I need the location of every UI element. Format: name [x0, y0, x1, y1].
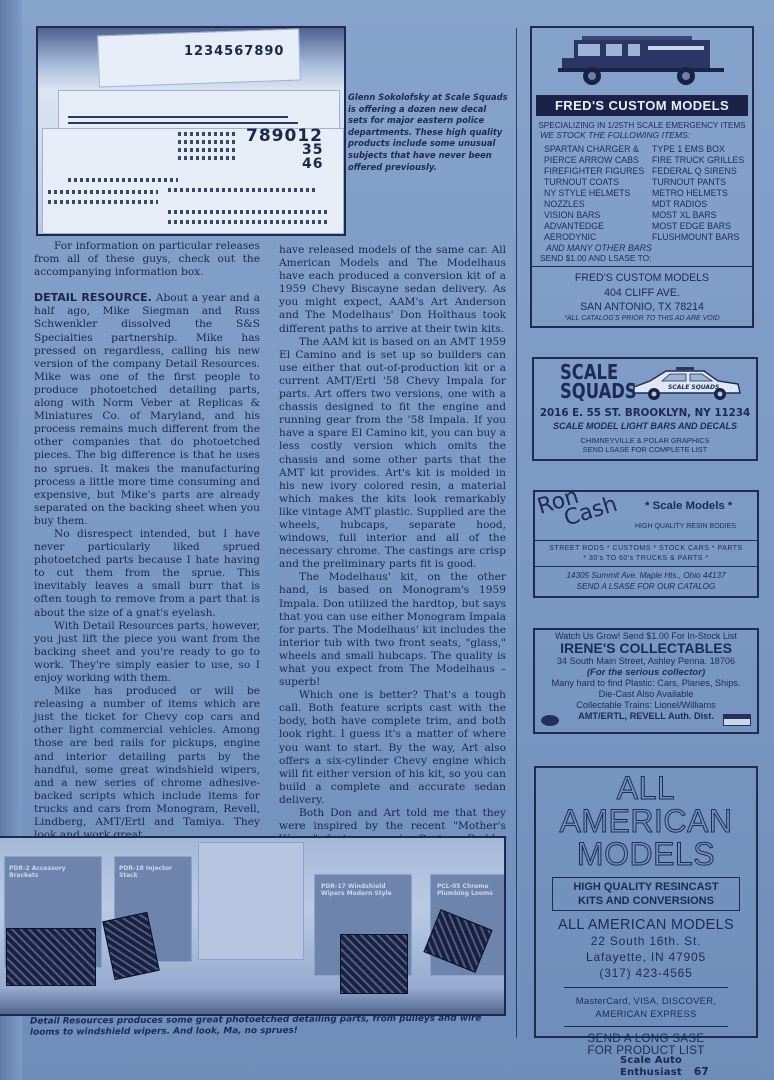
section-heading-detail-resource: DETAIL RESOURCE.: [34, 291, 152, 304]
fred-send-line: SEND $1.00 AND LSASE TO:: [532, 253, 752, 267]
all-american-payment: MasterCard, VISA, DISCOVER, AMERICAN EXP…: [536, 994, 756, 1020]
decal-text-row: [168, 210, 328, 214]
ad-all-american-models: ALL AMERICAN MODELS HIGH QUALITY RESINCA…: [534, 766, 758, 1038]
article-paragraph: No disrespect intended, but I have never…: [34, 528, 260, 620]
ad-ron-cash: Ron Cash * Scale Models * HIGH QUALITY R…: [533, 490, 759, 598]
all-american-address: 22 South 16th. St. Lafayette, IN 47905 (…: [536, 933, 756, 981]
article-paragraph: Which one is better? That's a tough call…: [279, 689, 506, 807]
bottom-photo-caption: Detail Resources produces some great pho…: [30, 1013, 510, 1038]
fire-truck-illustration: [552, 32, 732, 92]
ron-cash-title: * Scale Models *: [645, 500, 732, 512]
fred-specializing: SPECIALIZING IN 1/25TH SCALE EMERGENCY I…: [532, 121, 752, 130]
all-american-boxed-tagline: HIGH QUALITY RESINCAST KITS AND CONVERSI…: [552, 877, 740, 911]
all-american-logo: ALL AMERICAN MODELS: [536, 772, 756, 871]
page-number: 67: [694, 1066, 709, 1078]
mastercard-logo-icon: [541, 715, 559, 726]
fred-stock-line: WE STOCK THE FOLLOWING ITEMS:: [532, 130, 752, 140]
decal-text-row: [168, 220, 328, 224]
ron-cash-products: STREET RODS * CUSTOMS * STOCK CARS * PAR…: [535, 540, 757, 564]
fred-address: FRED'S CUSTOM MODELS 404 CLIFF AVE. SAN …: [532, 271, 752, 315]
article-paragraph: With Detail Resources parts, however, yo…: [34, 620, 260, 685]
decal-digits: 46: [302, 156, 323, 172]
divider: [564, 1026, 728, 1027]
decal-digits: 1234567890: [184, 44, 284, 59]
ad-freds-custom-models: FRED'S CUSTOM MODELS SPECIALIZING IN 1/2…: [530, 26, 754, 328]
all-american-name: ALL AMERICAN MODELS: [536, 917, 756, 933]
parts-package: [198, 842, 304, 960]
ron-cash-address: 14305 Summit Ave. Maple Hts., Ohio 44137…: [535, 566, 757, 592]
all-american-sase: SEND A LONG SASE FOR PRODUCT LIST: [536, 1033, 756, 1057]
police-car-icon: SCALE SQUADS: [630, 365, 742, 403]
article-paragraph: The AAM kit is based on an AMT 1959 El C…: [279, 336, 506, 572]
visa-logo-icon: [723, 714, 751, 726]
scale-squads-tagline: SCALE MODEL LIGHT BARS AND DECALS: [534, 421, 756, 431]
fred-void-note: *ALL CATALOG'S PRIOR TO THIS AD ARE VOID: [532, 315, 752, 322]
top-photo-caption: Glenn Sokolofsky at Scale Squads is offe…: [348, 92, 508, 173]
ron-cash-subtitle: HIGH QUALITY RESIN BODIES: [635, 523, 736, 530]
ad-scale-squads: SCALE SQUADS SCALE SQUADS 2016 E. 55 ST.…: [532, 357, 758, 461]
column-divider: [516, 28, 517, 1038]
decal-sets-photo: 1234567890 789012 35 46: [36, 26, 346, 236]
photoetch-fret: [340, 934, 408, 994]
page-footer: Scale Auto Enthusiast67: [620, 1055, 774, 1078]
decal-text-row: [168, 188, 318, 192]
article-paragraph: have released models of the same car. Al…: [279, 244, 506, 336]
scale-squads-address: 2016 E. 55 ST. BROOKLYN, NY 11234: [534, 407, 756, 419]
svg-text:SCALE SQUADS: SCALE SQUADS: [668, 384, 719, 391]
article-paragraph: Mike has produced or will be releasing a…: [34, 685, 260, 842]
photoetch-fret: [6, 928, 96, 986]
decal-stripe: [68, 122, 298, 124]
divider: [564, 987, 728, 988]
decal-text-row: [48, 190, 158, 194]
decal-text-row: [178, 140, 238, 144]
article-paragraph: DETAIL RESOURCE. About a year and a half…: [34, 291, 260, 528]
irene-name: IRENE'S COLLECTABLES: [535, 641, 757, 656]
article-column-1: For information on particular releases f…: [34, 240, 260, 895]
article-paragraph: For information on particular releases f…: [34, 240, 260, 279]
decal-text-row: [178, 156, 238, 160]
decal-text-row: [178, 148, 238, 152]
magazine-name: Scale Auto Enthusiast: [620, 1055, 682, 1078]
fred-many-bars: AND MANY OTHER BARS: [532, 243, 752, 253]
fred-banner: FRED'S CUSTOM MODELS: [536, 95, 748, 116]
decal-text-row: [68, 178, 178, 182]
fire-truck-icon: [552, 32, 732, 90]
article-column-2: have released models of the same car. Al…: [279, 244, 506, 873]
photoetched-parts-photo: PDR-2 Accessory Brackets PDR-18 Injector…: [0, 836, 506, 1016]
fred-item-list: SPARTAN CHARGER &TYPE 1 EMS BOX PIERCE A…: [532, 144, 752, 243]
decal-text-row: [48, 200, 158, 204]
scale-squads-logo: SCALE SQUADS: [560, 363, 637, 401]
decal-text-row: [178, 132, 238, 136]
article-paragraph: The Modelhaus' kit, on the other hand, i…: [279, 571, 506, 689]
decal-stripe: [68, 116, 288, 118]
scale-squads-info: CHIMNEYVILLE & POLAR GRAPHICS SEND LSASE…: [534, 436, 756, 454]
ad-irenes-collectables: Watch Us Grow! Send $1.00 For In-Stock L…: [533, 628, 759, 734]
ron-cash-logo: Ron Cash: [535, 477, 619, 536]
